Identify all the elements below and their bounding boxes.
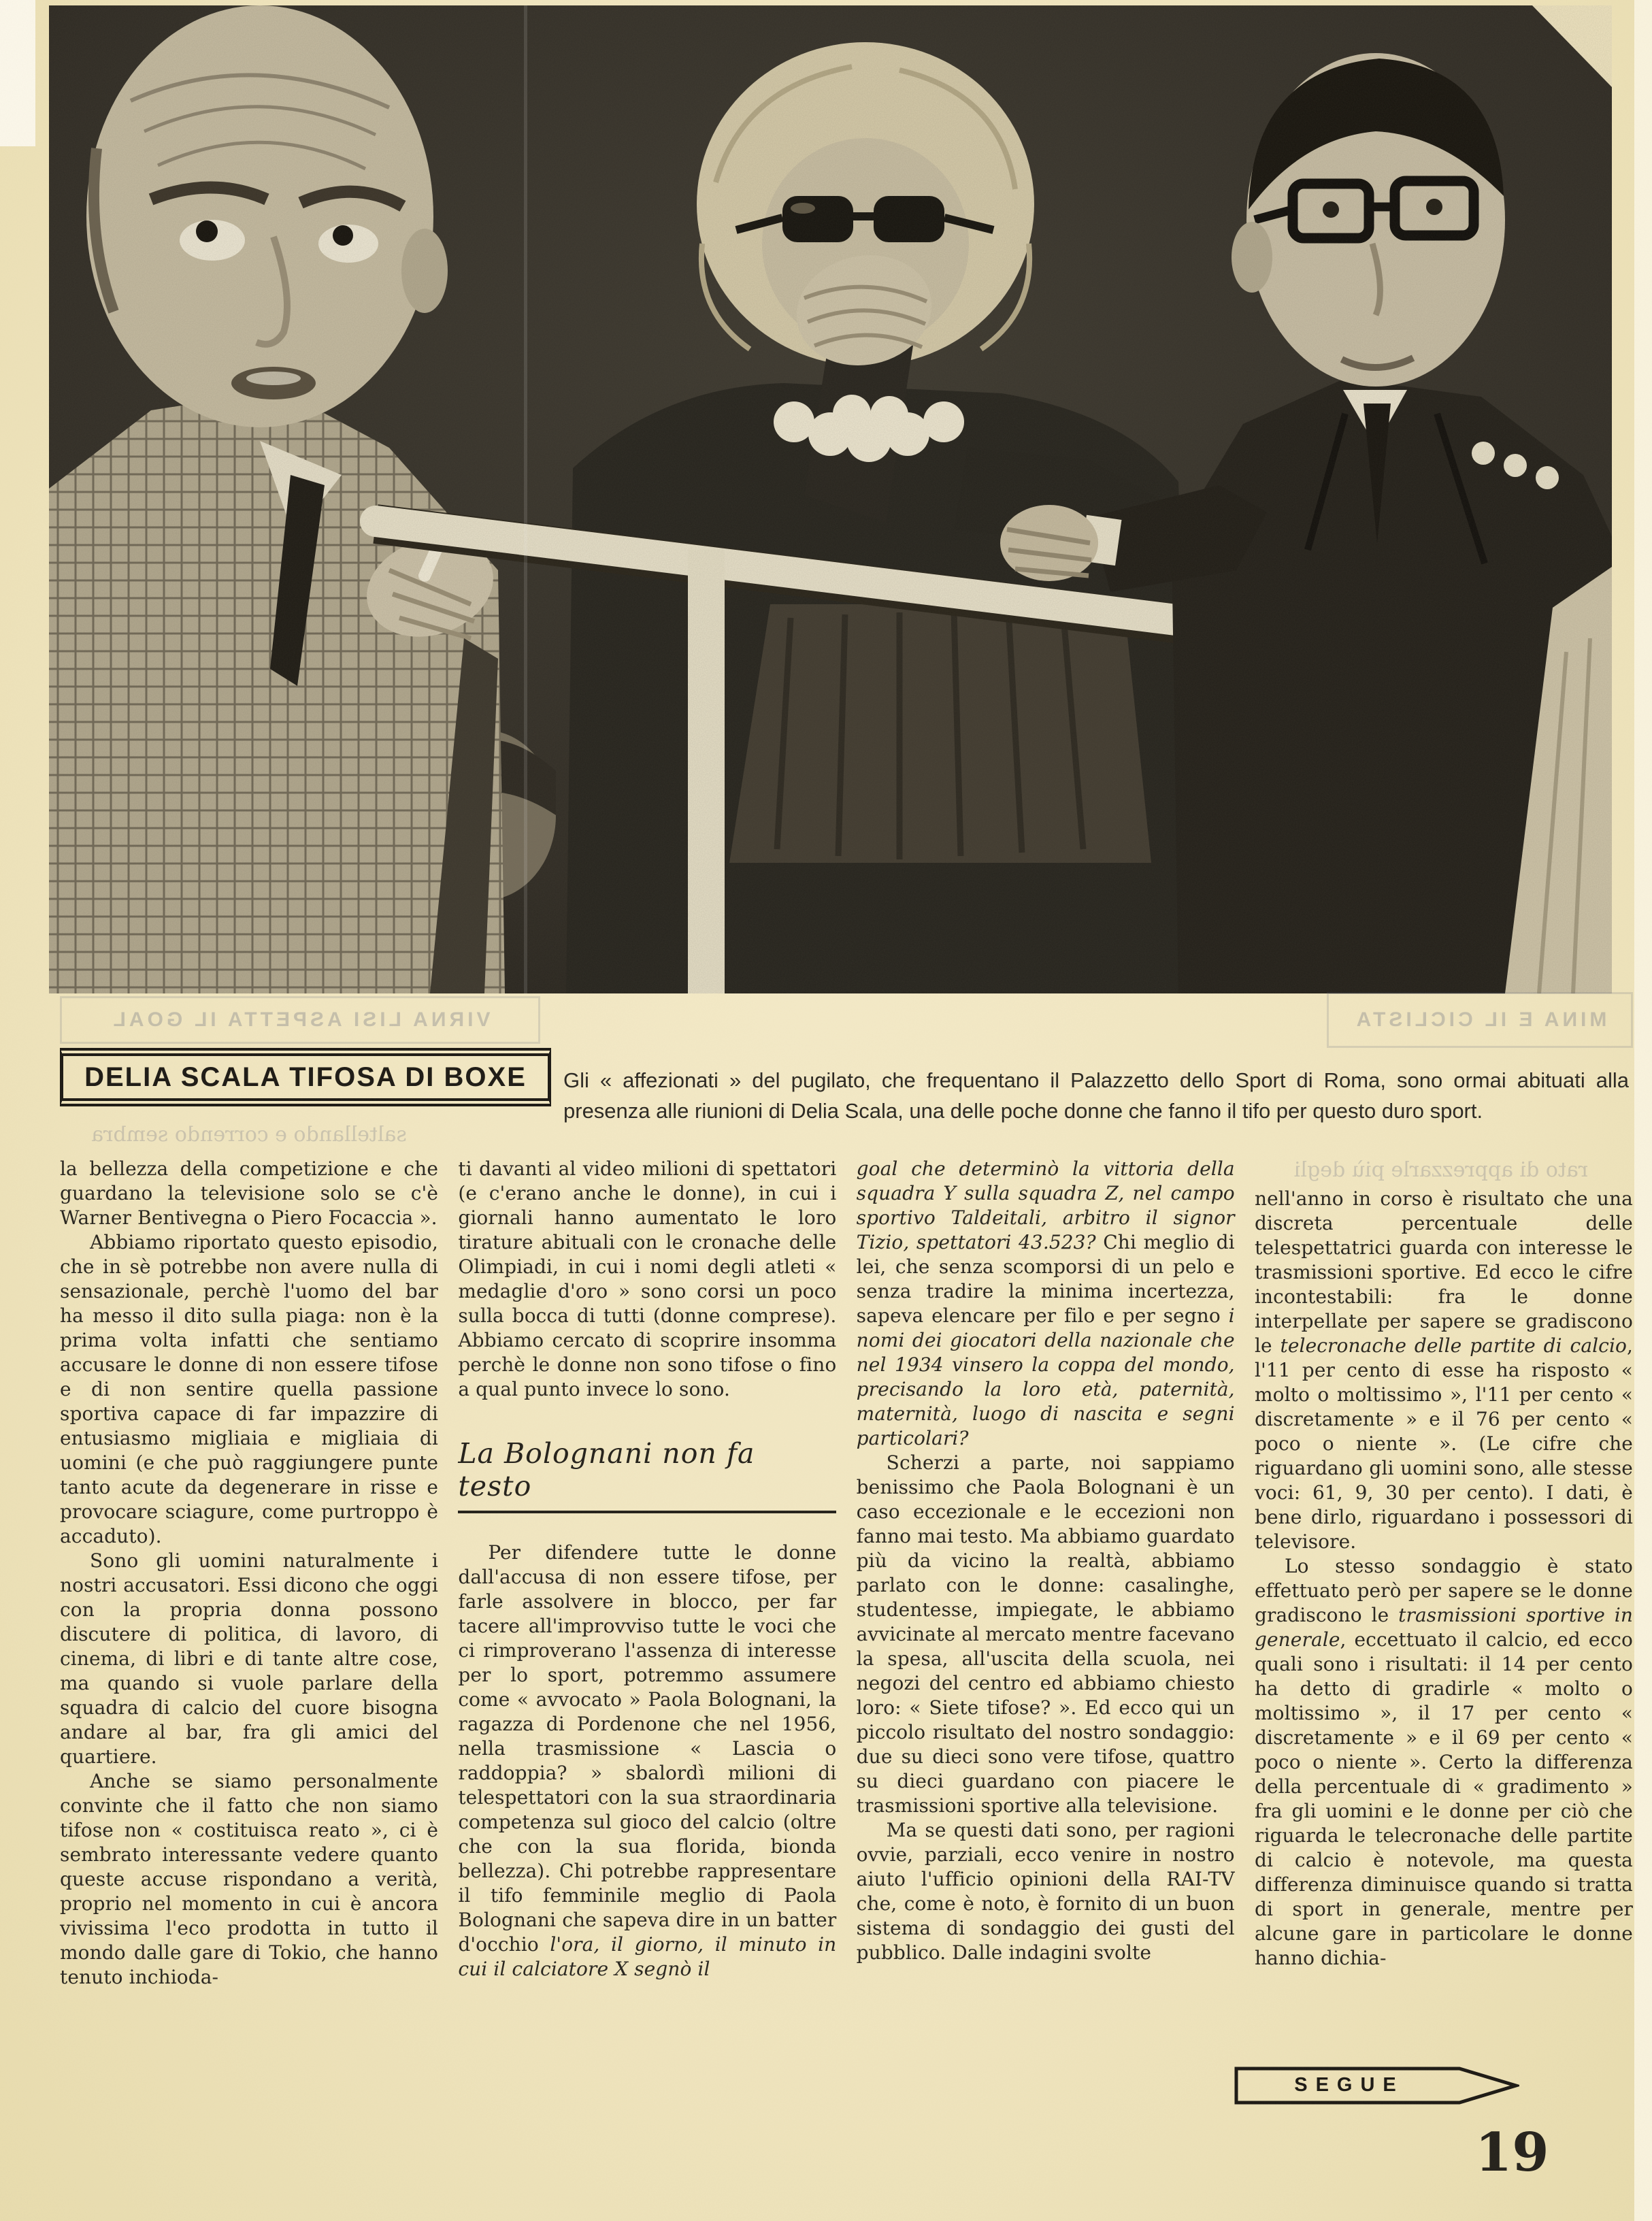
news-photo [49,5,1612,993]
article-column-1: la bellezza della competizione e che gua… [60,1157,438,2116]
photo-caption: Gli « affezionati » del pugilato, che fr… [563,1065,1629,1126]
text-run: Per difendere tutte le donne dall'accusa… [458,1541,836,1956]
segue-arrow: SEGUE [1234,2065,1519,2106]
text-run: la bellezza della competizione e che gua… [60,1157,438,1229]
text-run: ti davanti al video milioni di spettator… [458,1157,836,1400]
article-paragraph: Abbiamo riportato questo episodio, che i… [60,1230,438,1549]
article-paragraph: Ma se questi dati sono, per ragioni ovvi… [857,1818,1235,1965]
film-grain [49,5,1612,993]
ghost-caption-left: VIRNA LISI ASPETTA IL GOAL [60,996,540,1044]
text-run: , l'11 per cento di esse ha risposto « m… [1255,1334,1633,1553]
text-run: Anche se siamo personalmente convinte ch… [60,1770,438,1988]
article-paragraph: Anche se siamo personalmente convinte ch… [60,1769,438,1990]
text-run: Scherzi a parte, noi sappiamo benissimo … [857,1451,1235,1817]
article-paragraph: goal che determinò la vittoria della squ… [857,1157,1235,1451]
text-run: Sono gli uomini naturalmente i nostri ac… [60,1549,438,1768]
article-column-2: ti davanti al video milioni di spettator… [458,1157,836,2116]
italic-run: telecronache delle partite di calcio [1281,1334,1627,1357]
text-run: nell'anno in corso è risultato che una d… [1255,1187,1633,1357]
section-subhead: La Bolognani non fa testo [458,1437,836,1513]
scan-corner [0,0,35,146]
article-columns: la bellezza della competizione e che gua… [60,1157,1633,2116]
article-column-4: nell'anno in corso è risultato che una d… [1255,1157,1633,2116]
article-paragraph: la bellezza della competizione e che gua… [60,1157,438,1230]
headline-box: DELIA SCALA TIFOSA DI BOXE [60,1048,551,1106]
text-run: Ma se questi dati sono, per ragioni ovvi… [857,1819,1235,1964]
article-paragraph: Lo stesso sondaggio è stato effettuato p… [1255,1554,1633,1971]
text-run: Abbiamo riportato questo episodio, che i… [60,1231,438,1547]
article-paragraph: Scherzi a parte, noi sappiamo benissimo … [857,1451,1235,1818]
article-paragraph: Per difendere tutte le donne dall'accusa… [458,1541,836,1981]
segue-label: SEGUE [1234,2065,1465,2105]
ghost-caption-right: MINA E IL CICLISTA [1327,992,1633,1048]
article-paragraph: nell'anno in corso è risultato che una d… [1255,1187,1633,1554]
ghost-text-line: saltellando e correndo sembra [60,1123,438,1147]
page-number: 19 [1475,2122,1549,2184]
magazine-page: VIRNA LISI ASPETTA IL GOAL MINA E IL CIC… [0,0,1652,2221]
article-paragraph: Sono gli uomini naturalmente i nostri ac… [60,1549,438,1769]
headline: DELIA SCALA TIFOSA DI BOXE [84,1062,527,1093]
text-run: , eccettuato il calcio, ed ecco quali so… [1255,1628,1633,1969]
article-paragraph: ti davanti al video milioni di spettator… [458,1157,836,1402]
page-edge [1634,0,1652,2221]
article-column-3: goal che determinò la vittoria della squ… [857,1157,1235,2116]
photo-illustration [49,5,1612,993]
